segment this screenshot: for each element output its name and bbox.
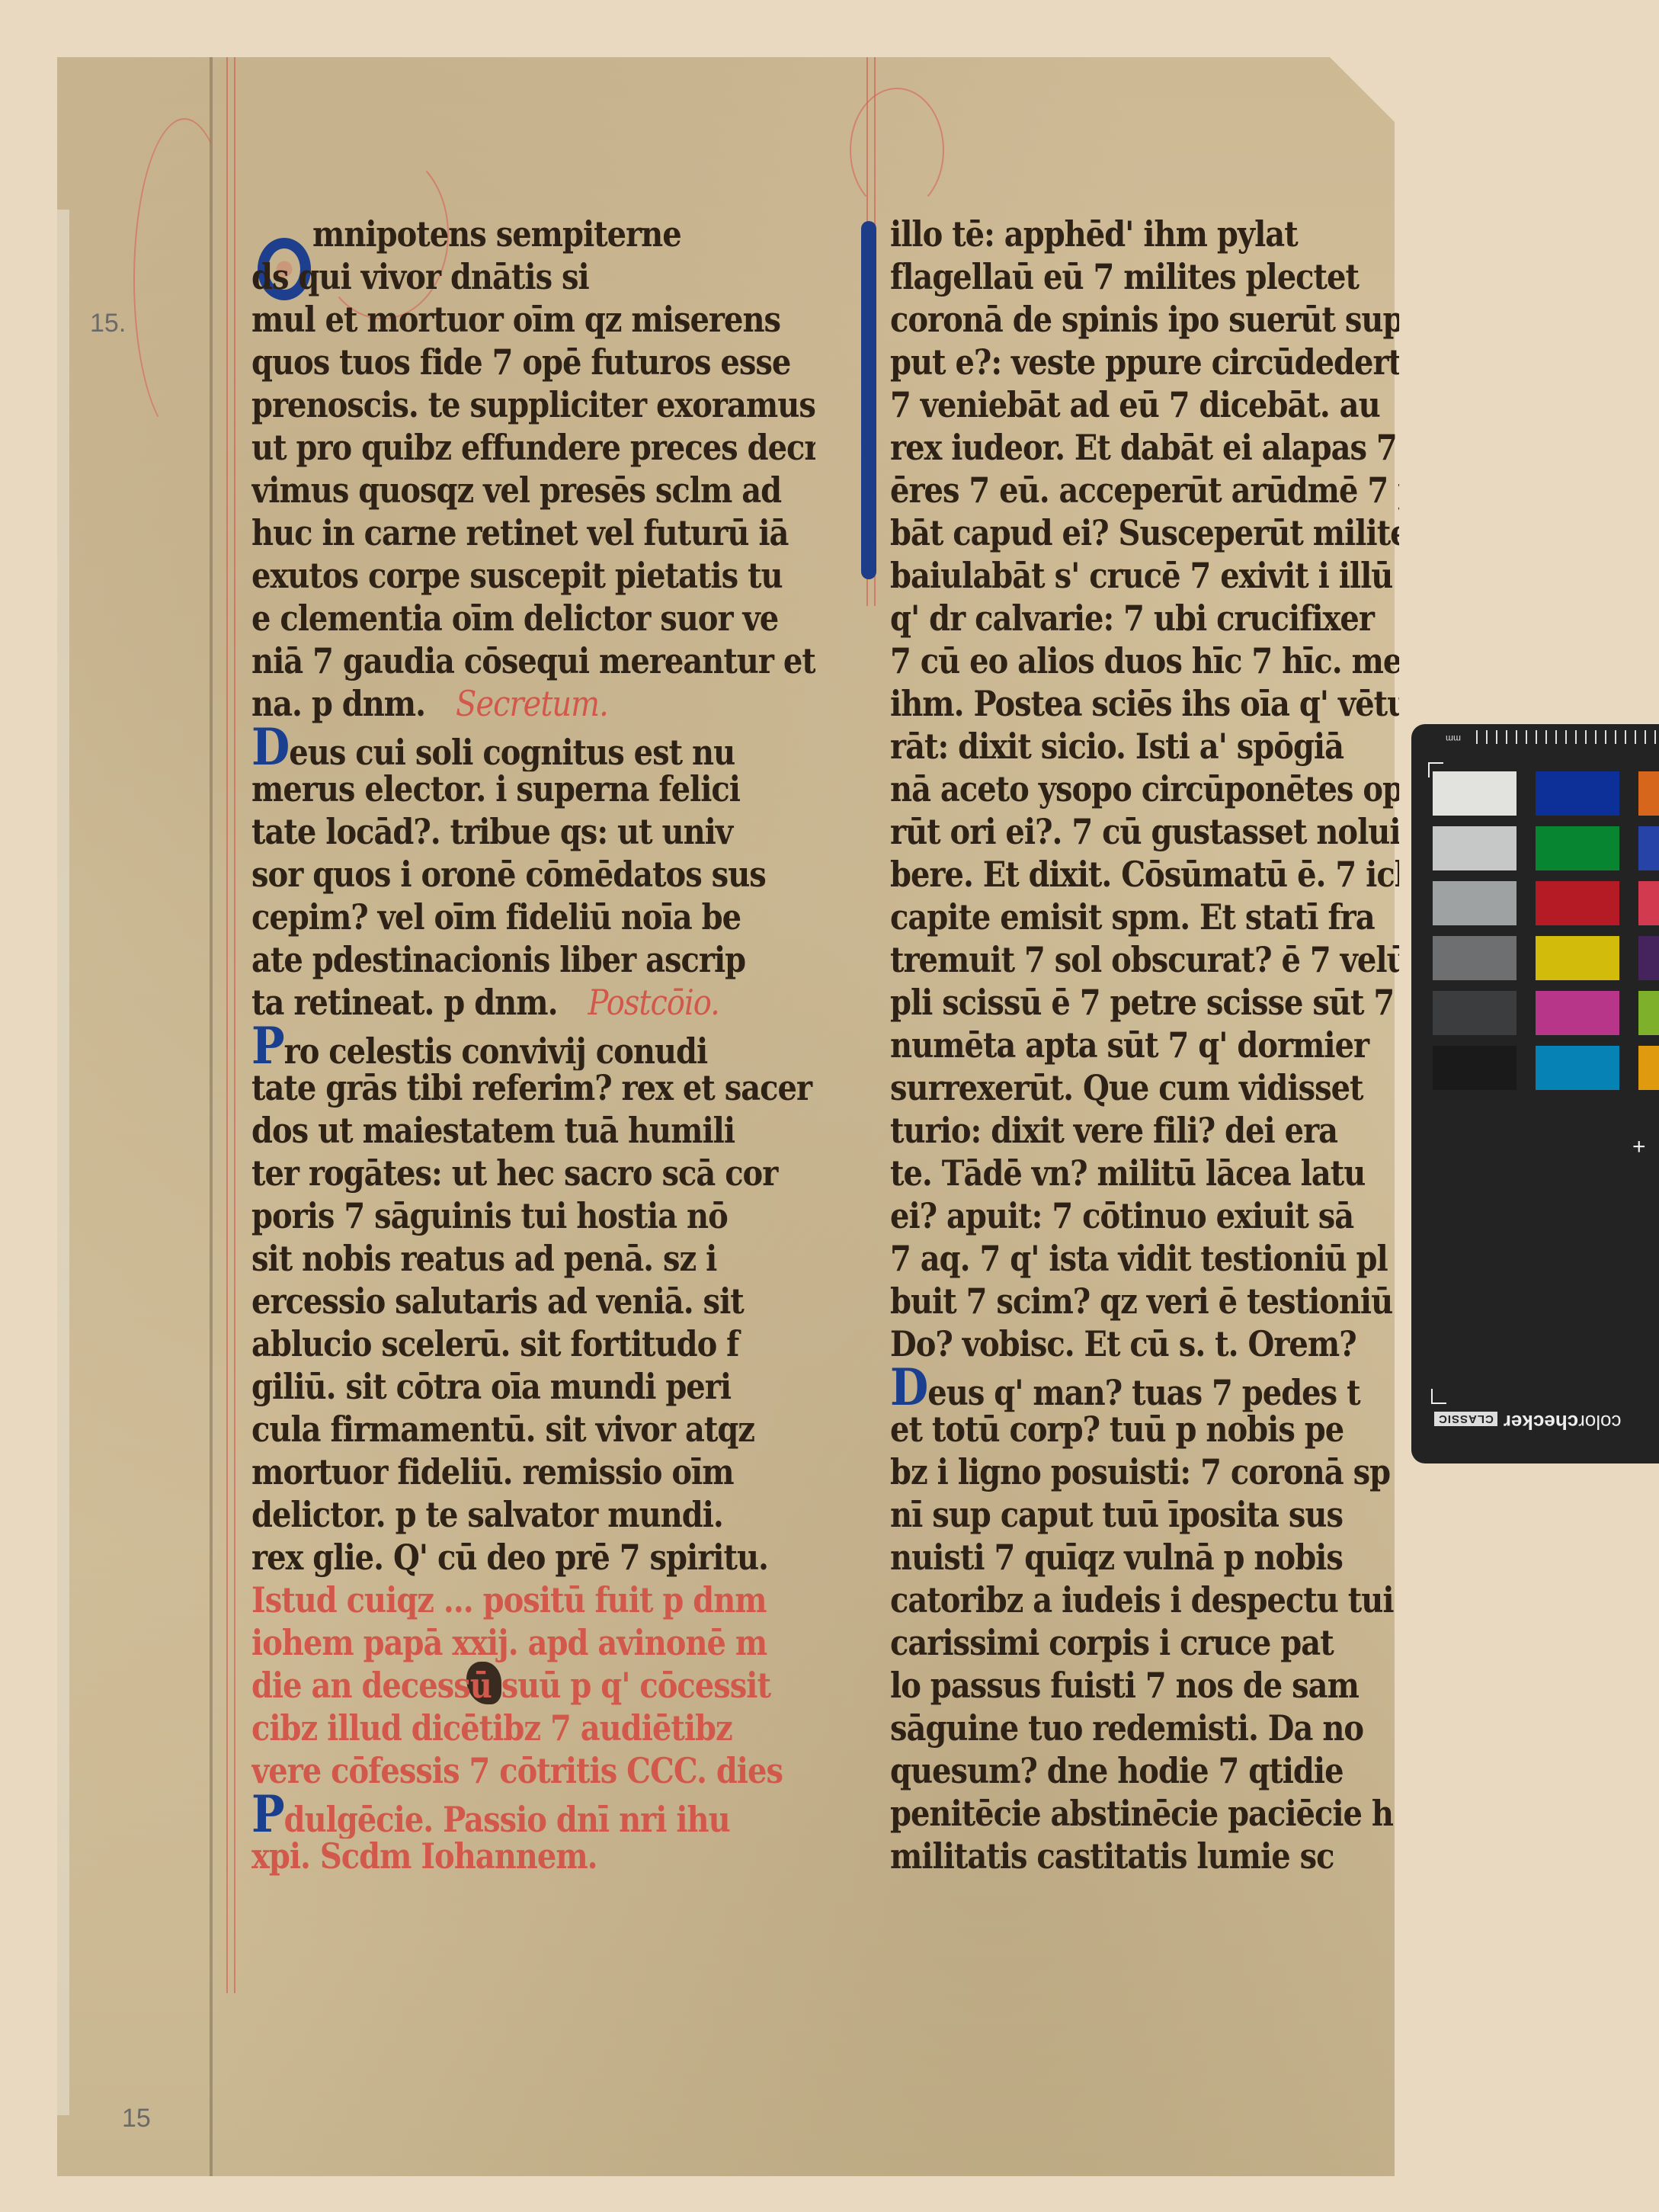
line-text: ihm. Postea sciēs ihs oīa q' vētu (890, 683, 1399, 724)
line-text: cula firmamentū. sit vivor atqz (251, 1409, 754, 1450)
ruler-unit-label: mm (1446, 733, 1461, 744)
manuscript-line: ta retineat. p dnm.Postcōio. (251, 979, 815, 1027)
manuscript-line: cepim? vel oīm fideliū noīa be (251, 893, 815, 942)
line-text: ds qui vivor dnātis si (251, 256, 589, 297)
manuscript-line: buit 7 scim? qz veri ē testioniū (890, 1278, 1399, 1326)
line-text: bāt capud ei? Susceperūt milites (890, 512, 1399, 553)
corner-registration-mark (1431, 1389, 1446, 1404)
manuscript-line: te. Tādē vn? militū lācea latu (890, 1149, 1399, 1198)
margin-folio-number: 15 (122, 2104, 151, 2133)
line-text: cibz illud dicētibz 7 audiētibz (251, 1707, 732, 1749)
manuscript-line: militatis castitatis lumie sc (890, 1832, 1399, 1881)
color-swatch (1638, 826, 1659, 870)
line-text: turio: dixit vere fili? dei era (890, 1110, 1337, 1151)
left-text-column: mnipotens sempiterneds qui vivor dnātis … (251, 213, 815, 1878)
line-text: rex iudeor. Et dabāt ei alapas 7 (890, 427, 1397, 468)
manuscript-line: rāt: dixit sicio. Isti a' spōgiā (890, 723, 1399, 771)
color-swatch (1638, 991, 1659, 1035)
manuscript-line: pli scissū ē 7 petre scisse sūt 7 m (890, 979, 1399, 1027)
line-text: merus elector. i superna felici (251, 768, 740, 809)
line-text: penitēcie abstinēcie paciēcie h (890, 1793, 1393, 1834)
manuscript-line: exutos corpe suscepit pietatis tu (251, 552, 815, 601)
line-text: rūt ori ei?. 7 cū gustasset noluit (890, 811, 1399, 852)
line-text: huc in carne retinet vel futurū iā (251, 512, 788, 553)
manuscript-line: put e?: veste ppure circūdedert (890, 338, 1399, 387)
line-text: surrexerūt. Que cum vidisset (890, 1067, 1363, 1108)
color-swatch (1536, 936, 1619, 980)
line-text: ēres 7 eū. acceperūt arūdmē 7 pcu (890, 470, 1399, 511)
color-swatch (1433, 1046, 1516, 1090)
manuscript-line: mortuor fideliū. remissio oīm (251, 1448, 815, 1497)
manuscript-line: sāguine tuo redemisti. Da no (890, 1704, 1399, 1753)
color-swatch (1536, 991, 1619, 1035)
manuscript-line: q' dr calvarie: 7 ubi crucifixer (890, 595, 1399, 643)
manuscript-line: huc in carne retinet vel futurū iā (251, 509, 815, 558)
line-text: catoribz a iudeis i despectu tui (890, 1579, 1394, 1621)
line-text: mortuor fideliū. remissio oīm (251, 1451, 734, 1492)
colorchecker-card: mm + colorcheckerCLASSIC (1411, 724, 1659, 1463)
color-swatch (1433, 881, 1516, 925)
manuscript-line: cula firmamentū. sit vivor atqz (251, 1406, 815, 1454)
manuscript-line: tate grās tibi referim? rex et sacer (251, 1064, 815, 1113)
manuscript-line: na. p dnm.Secretum. (251, 680, 815, 729)
right-text-column: illo tē: apphēd' ihm pylatflagellaū eū 7… (890, 213, 1399, 1878)
color-swatch (1638, 881, 1659, 925)
manuscript-line: ei? apuit: 7 cōtinuo exiuit sā (890, 1192, 1399, 1241)
line-text: sāguine tuo redemisti. Da no (890, 1707, 1363, 1749)
line-text: lo passus fuisti 7 nos de sam (890, 1665, 1359, 1706)
manuscript-line: nā aceto ysopo circūponētes opt (890, 765, 1399, 814)
line-text: q' dr calvarie: 7 ubi crucifixer (890, 598, 1374, 639)
line-text: ercessio salutaris ad veniā. sit (251, 1281, 744, 1322)
color-swatch (1433, 991, 1516, 1035)
line-text: rāt: dixit sicio. Isti a' spōgiā (890, 726, 1344, 767)
manuscript-line: iohem papā xxij. apd avinonē m (251, 1619, 815, 1668)
classic-badge: CLASSIC (1434, 1412, 1497, 1426)
manuscript-line: rex glie. Q' cū deo prē 7 spiritu. (251, 1534, 815, 1582)
manuscript-line: ds qui vivor dnātis si (251, 253, 815, 302)
line-text: ate pdestinacionis liber ascrip (251, 939, 745, 980)
line-text: ei? apuit: 7 cōtinuo exiuit sā (890, 1195, 1353, 1236)
line-text: ablucio scelerū. sit fortitudo f (251, 1323, 738, 1364)
manuscript-line: numēta apta sūt 7 q' dormier (890, 1021, 1399, 1070)
page-left-edge (57, 210, 69, 2115)
line-text: Do? vobisc. Et cū s. t. Orem? (890, 1323, 1356, 1364)
red-ruling-line (234, 57, 235, 1993)
margin-folio-number: 15. (90, 309, 126, 338)
manuscript-line: tremuit 7 sol obscurat? ē 7 velū (890, 936, 1399, 985)
manuscript-line: xpi. Scdm Iohannem. (251, 1832, 815, 1881)
line-text: et totū corp? tuū p nobis pe (890, 1409, 1344, 1450)
illuminated-initial-i (861, 221, 876, 579)
color-swatch (1536, 1046, 1619, 1090)
manuscript-line: flagellaū eū 7 milites plectet (890, 253, 1399, 302)
manuscript-line: prenoscis. te suppliciter exoramus: (251, 381, 815, 430)
manuscript-line: illo tē: apphēd' ihm pylat (890, 210, 1399, 259)
colorchecker-brand-label: colorcheckerCLASSIC (1434, 1410, 1659, 1434)
line-text: ut pro quibz effundere preces decre (251, 427, 815, 468)
manuscript-line: penitēcie abstinēcie paciēcie h (890, 1790, 1399, 1839)
manuscript-line: bere. Et dixit. Cōsūmatū ē. 7 icli (890, 851, 1399, 899)
color-swatch (1638, 1046, 1659, 1090)
line-text: coronā de spinis ipo suerūt sup (890, 299, 1399, 340)
line-text: na. p dnm. (251, 683, 425, 724)
line-text: exutos corpe suscepit pietatis tu (251, 555, 783, 596)
manuscript-line: Pdulgēcie. Passio dnī nri ihu (251, 1790, 815, 1839)
line-text: ter rogātes: ut hec sacro scā cor (251, 1152, 777, 1194)
manuscript-line: niā 7 gaudia cōsequi mereantur et (251, 637, 815, 686)
manuscript-line: delictor. p te salvator mundi. (251, 1491, 815, 1540)
line-text: 7 cū eo alios duos hīc 7 hīc. medi (890, 640, 1399, 681)
manuscript-line: lo passus fuisti 7 nos de sam (890, 1662, 1399, 1710)
line-text: quesum? dne hodie 7 qtidie (890, 1750, 1344, 1791)
line-text: pli scissū ē 7 petre scisse sūt 7 m (890, 982, 1399, 1023)
manuscript-line: 7 veniebāt ad eū 7 dicebāt. au (890, 381, 1399, 430)
line-text: illo tē: apphēd' ihm pylat (890, 213, 1298, 255)
manuscript-line: ablucio scelerū. sit fortitudo f (251, 1320, 815, 1369)
manuscript-line: sit nobis reatus ad penā. sz i (251, 1235, 815, 1284)
line-text: rex glie. Q' cū deo prē 7 spiritu. (251, 1537, 768, 1578)
line-text: nuisti 7 quīqz vulnā p nobis (890, 1537, 1343, 1578)
line-text: die an decessū suū p q' cōcessit (251, 1665, 770, 1706)
manuscript-line: bāt capud ei? Susceperūt milites (890, 509, 1399, 558)
manuscript-line: Pro celestis convivij conudi (251, 1021, 815, 1070)
manuscript-line: giliū. sit cōtra oīa mundi peri (251, 1363, 815, 1412)
color-swatch (1536, 771, 1619, 816)
blue-initial: D (251, 723, 289, 771)
red-pen-flourish (133, 118, 235, 441)
line-text: Istud cuiqz ... positū fuit p dnm (251, 1579, 767, 1621)
line-text: tremuit 7 sol obscurat? ē 7 velū (890, 939, 1399, 980)
manuscript-line: 7 aq. 7 q' ista vidit testioniū pl (890, 1235, 1399, 1284)
brand-prefix: colo (1585, 1411, 1622, 1434)
manuscript-line: nuisti 7 quīqz vulnā p nobis (890, 1534, 1399, 1582)
manuscript-line: coronā de spinis ipo suerūt sup (890, 296, 1399, 345)
line-text: nā aceto ysopo circūponētes opt (890, 768, 1399, 809)
manuscript-line: e clementia oīm delictor suor ve (251, 595, 815, 643)
manuscript-line: vimus quosqz vel presēs sclm ad (251, 466, 815, 515)
blue-initial: D (890, 1363, 927, 1412)
line-text: iohem papā xxij. apd avinonē m (251, 1622, 767, 1663)
manuscript-line: quesum? dne hodie 7 qtidie (890, 1747, 1399, 1796)
blue-initial: P (251, 1790, 284, 1839)
manuscript-line: surrexerūt. Que cum vidisset (890, 1064, 1399, 1113)
manuscript-line: Istud cuiqz ... positū fuit p dnm (251, 1576, 815, 1625)
line-text: 7 veniebāt ad eū 7 dicebāt. au (890, 384, 1380, 425)
color-swatch (1433, 936, 1516, 980)
manuscript-line: rex iudeor. Et dabāt ei alapas 7 (890, 424, 1399, 473)
line-text: cepim? vel oīm fideliū noīa be (251, 896, 741, 938)
manuscript-line: turio: dixit vere fili? dei era (890, 1107, 1399, 1156)
line-text: flagellaū eū 7 milites plectet (890, 256, 1359, 297)
manuscript-line: carissimi corpis i cruce pat (890, 1619, 1399, 1668)
line-text: ta retineat. p dnm. (251, 982, 558, 1023)
line-text: tate grās tibi referim? rex et sacer (251, 1067, 812, 1108)
line-text: e clementia oīm delictor suor ve (251, 598, 778, 639)
manuscript-line: Do? vobisc. Et cū s. t. Orem? (890, 1320, 1399, 1369)
manuscript-line: tate locād?. tribue qs: ut univ (251, 808, 815, 857)
manuscript-line: mnipotens sempiterne (251, 210, 815, 259)
rubric-heading: Postcōio. (588, 983, 719, 1024)
line-text: bz i ligno posuisti: 7 coronā sp (890, 1451, 1390, 1492)
blue-initial: P (251, 1021, 284, 1070)
manuscript-line: merus elector. i superna felici (251, 765, 815, 814)
manuscript-line: mul et mortuor oīm qz miserens (251, 296, 815, 345)
line-text: put e?: veste ppure circūdedert (890, 341, 1399, 383)
line-text: dos ut maiestatem tuā humili (251, 1110, 735, 1151)
line-text: capite emisit spm. Et statī fra (890, 896, 1375, 938)
manuscript-line: ate pdestinacionis liber ascrip (251, 936, 815, 985)
line-text: sit nobis reatus ad penā. sz i (251, 1238, 716, 1279)
color-swatch (1433, 826, 1516, 870)
brand-regular: r (1578, 1411, 1585, 1434)
manuscript-line: dos ut maiestatem tuā humili (251, 1107, 815, 1156)
manuscript-line: die an decessū suū p q' cōcessit (251, 1662, 815, 1710)
line-text: quos tuos fide 7 opē futuros esse (251, 341, 790, 383)
manuscript-line: Deus cui soli cognitus est nu (251, 723, 815, 771)
line-text: bere. Et dixit. Cōsūmatū ē. 7 icli (890, 854, 1399, 895)
line-text: militatis castitatis lumie sc (890, 1835, 1334, 1877)
line-text: nī sup caput tuū īposita sus (890, 1494, 1343, 1535)
line-text: tate locād?. tribue qs: ut univ (251, 811, 732, 852)
manuscript-line: baiulabāt s' crucē 7 exivit i illū (890, 552, 1399, 601)
crosshair-mark: + (1632, 1136, 1646, 1159)
manuscript-line: ēres 7 eū. acceperūt arūdmē 7 pcu (890, 466, 1399, 515)
color-swatch (1638, 771, 1659, 816)
color-swatch (1433, 771, 1516, 816)
line-text: sor quos i oronē cōmēdatos sus (251, 854, 766, 895)
color-swatch (1638, 936, 1659, 980)
manuscript-line: nī sup caput tuū īposita sus (890, 1491, 1399, 1540)
manuscript-line: ut pro quibz effundere preces decre (251, 424, 815, 473)
manuscript-line: 7 cū eo alios duos hīc 7 hīc. medi (890, 637, 1399, 686)
manuscript-line: catoribz a iudeis i despectu tui (890, 1576, 1399, 1625)
manuscript-line: ihm. Postea sciēs ihs oīa q' vētu (890, 680, 1399, 729)
manuscript-line: ercessio salutaris ad veniā. sit (251, 1278, 815, 1326)
manuscript-line: vere cōfessis 7 cōtritis CCC. dies (251, 1747, 815, 1796)
manuscript-line: poris 7 sāguinis tui hostia nō (251, 1192, 815, 1241)
manuscript-line: Deus q' man? tuas 7 pedes t (890, 1363, 1399, 1412)
manuscript-line: et totū corp? tuū p nobis pe (890, 1406, 1399, 1454)
line-text: mnipotens sempiterne (251, 213, 681, 255)
line-text: giliū. sit cōtra oīa mundi peri (251, 1366, 731, 1407)
color-swatch (1536, 826, 1619, 870)
line-text: carissimi corpis i cruce pat (890, 1622, 1334, 1663)
manuscript-line: cibz illud dicētibz 7 audiētibz (251, 1704, 815, 1753)
manuscript-line: capite emisit spm. Et statī fra (890, 893, 1399, 942)
mm-ruler (1476, 730, 1659, 744)
line-text: te. Tādē vn? militū lācea latu (890, 1152, 1365, 1194)
line-text: 7 aq. 7 q' ista vidit testioniū pl (890, 1238, 1388, 1279)
line-text: vere cōfessis 7 cōtritis CCC. dies (251, 1750, 783, 1791)
line-text: prenoscis. te suppliciter exoramus: (251, 384, 815, 425)
manuscript-line: ter rogātes: ut hec sacro scā cor (251, 1149, 815, 1198)
line-text: vimus quosqz vel presēs sclm ad (251, 470, 781, 511)
line-text: xpi. Scdm Iohannem. (251, 1835, 597, 1877)
line-text: niā 7 gaudia cōsequi mereantur et (251, 640, 815, 681)
line-text: numēta apta sūt 7 q' dormier (890, 1024, 1369, 1066)
manuscript-line: rūt ori ei?. 7 cū gustasset noluit (890, 808, 1399, 857)
manuscript-line: bz i ligno posuisti: 7 coronā sp (890, 1448, 1399, 1497)
color-swatch (1536, 881, 1619, 925)
brand-bold: checker (1504, 1411, 1578, 1434)
line-text: delictor. p te salvator mundi. (251, 1494, 723, 1535)
line-text: mul et mortuor oīm qz miserens (251, 299, 780, 340)
manuscript-line: quos tuos fide 7 opē futuros esse (251, 338, 815, 387)
line-text: poris 7 sāguinis tui hostia nō (251, 1195, 728, 1236)
line-text: baiulabāt s' crucē 7 exivit i illū (890, 555, 1392, 596)
red-pen-flourish (850, 88, 944, 213)
manuscript-line: sor quos i oronē cōmēdatos sus (251, 851, 815, 899)
rubric-heading: Secretum. (456, 684, 608, 725)
line-text: buit 7 scim? qz veri ē testioniū (890, 1281, 1392, 1322)
